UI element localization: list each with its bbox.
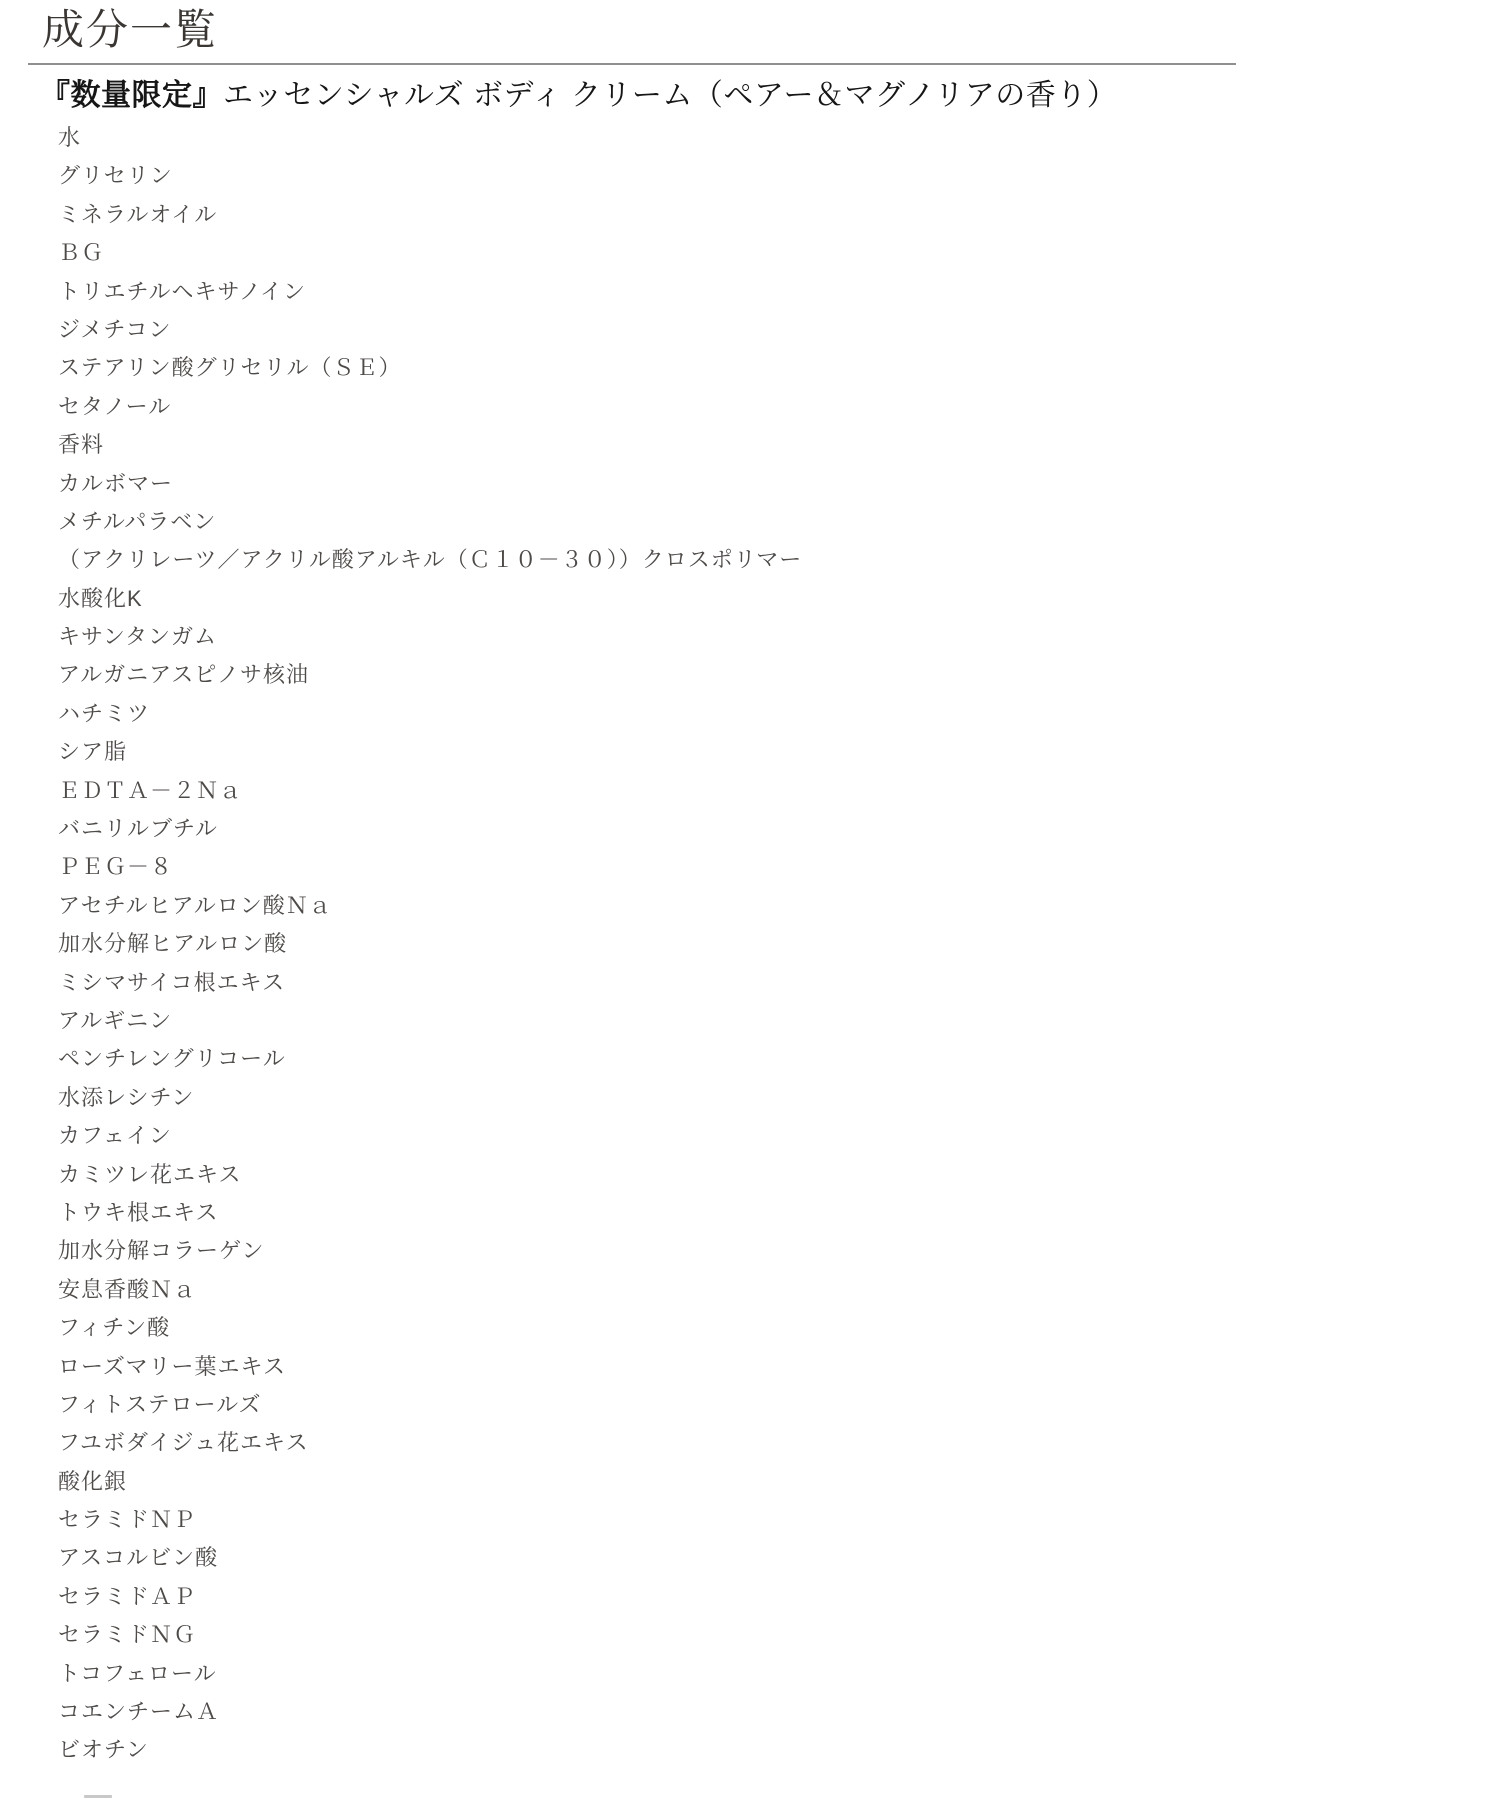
ingredient-item: セラミドＮＧ: [58, 1616, 802, 1654]
ingredient-item: ハチミツ: [58, 695, 802, 733]
page-title: 成分一覧: [42, 4, 218, 57]
ingredient-item: ステアリン酸グリセリル（ＳＥ）: [58, 349, 802, 387]
ingredient-list: 水グリセリンミネラルオイルＢＧトリエチルヘキサノインジメチコンステアリン酸グリセ…: [58, 119, 802, 1770]
ingredient-item: セラミドＮＰ: [58, 1501, 802, 1539]
title-divider: [28, 63, 1236, 65]
ingredient-item: コエンチームＡ: [58, 1693, 802, 1731]
ingredient-item: ビオチン: [58, 1731, 802, 1769]
product-limited-badge: 『数量限定』: [40, 79, 223, 112]
product-name: エッセンシャルズ ボディ クリーム（ペアー＆マグノリアの香り）: [223, 79, 1117, 112]
ingredient-item: アルガニアスピノサ核油: [58, 656, 802, 694]
ingredient-item: ＢＧ: [58, 234, 802, 272]
ingredient-item: トリエチルヘキサノイン: [58, 273, 802, 311]
ingredient-item: 酸化銀: [58, 1463, 802, 1501]
ingredient-item: 加水分解ヒアルロン酸: [58, 925, 802, 963]
ingredient-item: （アクリレーツ／アクリル酸アルキル（Ｃ１０－３０））クロスポリマー: [58, 541, 802, 579]
ingredient-item: カルボマー: [58, 465, 802, 503]
ingredient-item: アセチルヒアルロン酸Ｎａ: [58, 887, 802, 925]
ingredient-item: シア脂: [58, 733, 802, 771]
ingredient-item: カフェイン: [58, 1117, 802, 1155]
ingredient-item: セラミドＡＰ: [58, 1578, 802, 1616]
ingredient-item: 加水分解コラーゲン: [58, 1232, 802, 1270]
ingredient-item: アルギニン: [58, 1002, 802, 1040]
ingredient-item: トウキ根エキス: [58, 1194, 802, 1232]
ingredient-item: フユボダイジュ花エキス: [58, 1424, 802, 1462]
ingredient-item: ＰＥＧ－８: [58, 848, 802, 886]
ingredient-item: ジメチコン: [58, 311, 802, 349]
ingredient-item: アスコルビン酸: [58, 1539, 802, 1577]
ingredient-item: フィチン酸: [58, 1309, 802, 1347]
ingredients-document: 成分一覧 『数量限定』エッセンシャルズ ボディ クリーム（ペアー＆マグノリアの香…: [0, 0, 1500, 1800]
ingredient-item: ＥＤＴＡ－２Ｎａ: [58, 772, 802, 810]
ingredient-item: バニリルブチル: [58, 810, 802, 848]
product-title: 『数量限定』エッセンシャルズ ボディ クリーム（ペアー＆マグノリアの香り）: [40, 76, 1117, 115]
ingredient-item: グリセリン: [58, 157, 802, 195]
ingredient-item: 水: [58, 119, 802, 157]
ingredient-item: トコフェロール: [58, 1655, 802, 1693]
ingredient-item: ペンチレングリコール: [58, 1040, 802, 1078]
ingredient-item: セタノール: [58, 388, 802, 426]
ingredient-item: メチルパラベン: [58, 503, 802, 541]
ingredient-item: 水添レシチン: [58, 1079, 802, 1117]
ingredient-item: 安息香酸Ｎａ: [58, 1271, 802, 1309]
ingredient-item: ローズマリー葉エキス: [58, 1348, 802, 1386]
ingredient-item: フィトステロールズ: [58, 1386, 802, 1424]
ingredient-item: ミネラルオイル: [58, 196, 802, 234]
ingredient-item: カミツレ花エキス: [58, 1156, 802, 1194]
ingredient-item: ミシマサイコ根エキス: [58, 964, 802, 1002]
cutoff-next-row-mark: [84, 1795, 112, 1798]
ingredient-item: キサンタンガム: [58, 618, 802, 656]
ingredient-item: 香料: [58, 426, 802, 464]
ingredient-item: 水酸化K: [58, 580, 802, 618]
